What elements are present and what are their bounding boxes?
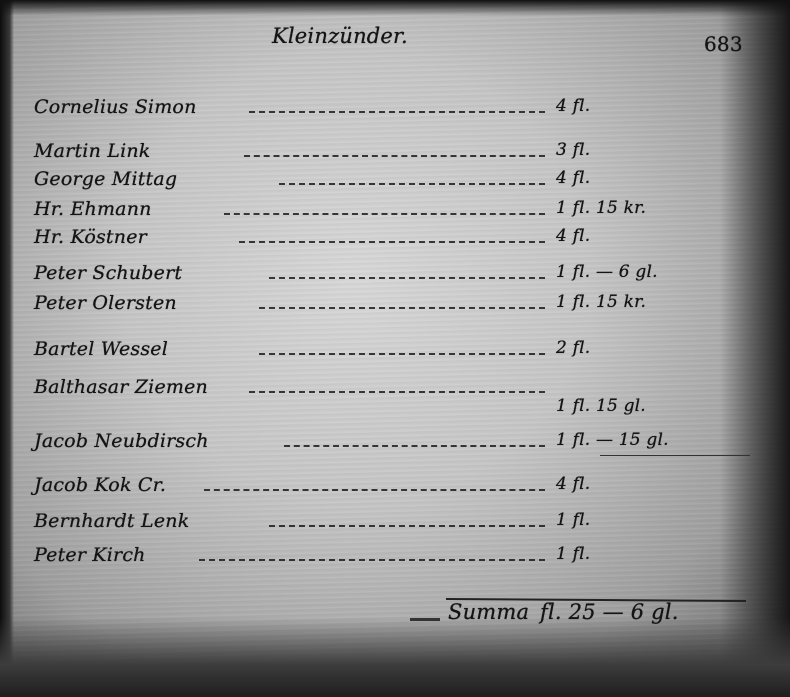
entry-name: Peter Schubert (34, 262, 182, 284)
leader-dashes (259, 353, 545, 355)
entry-amount: 2 fl. (556, 338, 590, 358)
entry-name: George Mittag (34, 168, 177, 190)
entry-name: Balthasar Ziemen (34, 376, 208, 398)
entry-amount: 4 fl. (556, 474, 590, 494)
entry-name: Cornelius Simon (34, 96, 197, 118)
entry-amount: 4 fl. (556, 168, 590, 188)
entry-name: Jacob Neubdirsch (34, 430, 209, 452)
leader-dashes (239, 241, 545, 243)
entry-name: Hr. Köstner (34, 226, 147, 248)
entry-amount: 4 fl. (556, 226, 590, 246)
leader-dashes (269, 277, 545, 279)
leader-dashes (224, 213, 545, 215)
leader-dashes (244, 155, 545, 157)
total-leader (410, 618, 440, 621)
entry-name: Bernhardt Lenk (34, 510, 189, 532)
leader-dashes (204, 489, 545, 491)
entry-name: Peter Kirch (34, 544, 146, 566)
entry-name: Jacob Kok Cr. (34, 474, 166, 496)
ledger-row: Jacob Kok Cr.4 fl. (0, 474, 790, 504)
leader-dashes (249, 391, 545, 393)
ledger-row: Peter Kirch1 fl. (0, 544, 790, 574)
entry-amount: 1 fl. 15 kr. (556, 292, 646, 312)
leader-dashes (199, 559, 545, 561)
total-value: fl. 25 — 6 gl. (540, 600, 679, 624)
entry-amount: 4 fl. (556, 96, 590, 116)
entry-amount: 1 fl. (556, 544, 590, 564)
entry-amount: 1 fl. — 15 gl. (556, 430, 669, 450)
leader-dashes (259, 307, 545, 309)
entry-name: Peter Olersten (34, 292, 177, 314)
ledger-row: George Mittag4 fl. (0, 168, 790, 198)
margin-rule (600, 455, 750, 456)
scan-edge-top (0, 0, 790, 16)
page-heading: Kleinzünder. (272, 24, 408, 48)
entry-amount: 1 fl. 15 gl. (556, 396, 646, 416)
leader-dashes (279, 183, 545, 185)
ledger-row: 1 fl. 15 gl. (0, 396, 790, 426)
leader-dashes (269, 525, 545, 527)
ledger-page-scan: Kleinzünder. 683 Cornelius Simon4 fl.Mar… (0, 0, 790, 697)
ledger-row: Cornelius Simon4 fl. (0, 96, 790, 126)
entry-amount: 1 fl. (556, 510, 590, 530)
entry-amount: 1 fl. 15 kr. (556, 198, 646, 218)
leader-dashes (284, 445, 545, 447)
entry-name: Martin Link (34, 140, 151, 162)
entry-name: Hr. Ehmann (34, 198, 152, 220)
ledger-row: Bernhardt Lenk1 fl. (0, 510, 790, 540)
scan-edge-bottom (0, 617, 790, 697)
leader-dashes (249, 111, 545, 113)
ledger-row: Bartel Wessel2 fl. (0, 338, 790, 368)
entry-name: Bartel Wessel (34, 338, 168, 360)
entry-amount: 3 fl. (556, 140, 590, 160)
ledger-row: Hr. Ehmann1 fl. 15 kr. (0, 198, 790, 228)
ledger-row: Martin Link3 fl. (0, 140, 790, 170)
ledger-row: Peter Schubert1 fl. — 6 gl. (0, 262, 790, 292)
ledger-row: Hr. Köstner4 fl. (0, 226, 790, 256)
entry-amount: 1 fl. — 6 gl. (556, 262, 658, 282)
ledger-row: Peter Olersten1 fl. 15 kr. (0, 292, 790, 322)
total-label: Summa (448, 600, 529, 624)
page-number: 683 (704, 32, 743, 56)
